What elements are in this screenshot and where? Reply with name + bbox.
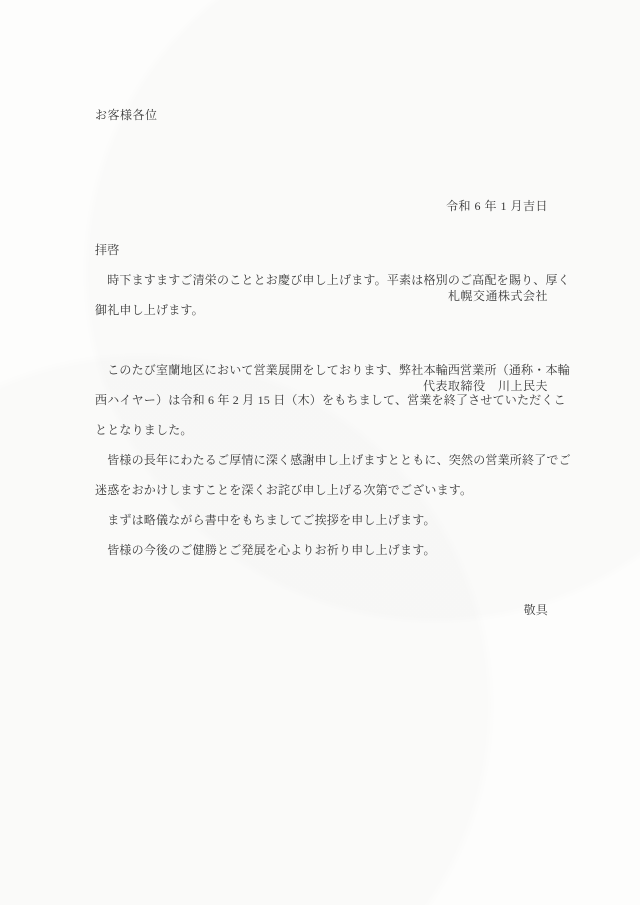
closing-word: 敬具 [95,595,565,625]
body-line: 皆様の今後のご健勝とご発展を心よりお祈り申し上げます。 [95,535,565,565]
body-line: 迷惑をおかけしますことを深くお詫び申し上げる次第でございます。 [95,475,565,505]
letter-body: 拝啓 時下ますますご清栄のこととお慶び申し上げます。平素は格別のご高配を賜り、厚… [95,235,565,625]
salutation: 拝啓 [95,235,565,265]
recipient-line: お客様各位 [95,100,158,130]
blank-line [95,565,565,595]
blank-line [95,325,565,355]
body-line: 時下ますますご清栄のこととお慶び申し上げます。平素は格別のご高配を賜り、厚く [95,265,565,295]
letter-date: 令和 6 年 1 月吉日 [423,191,548,221]
body-line: 西ハイヤー）は令和 6 年 2 月 15 日（木）をもちまして、営業を終了させて… [95,385,565,415]
body-line: このたび室蘭地区において営業展開をしております、弊社本輪西営業所（通称・本輪 [95,355,565,385]
letter-page: お客様各位 令和 6 年 1 月吉日 札幌交通株式会社 代表取締役 川上民夫 拝… [0,0,640,905]
body-line: 御礼申し上げます。 [95,295,565,325]
body-line: まずは略儀ながら書中をもちましてご挨拶を申し上げます。 [95,505,565,535]
body-line: ととなりました。 [95,415,565,445]
body-line: 皆様の長年にわたるご厚情に深く感謝申し上げますとともに、突然の営業所終了でご [95,445,565,475]
